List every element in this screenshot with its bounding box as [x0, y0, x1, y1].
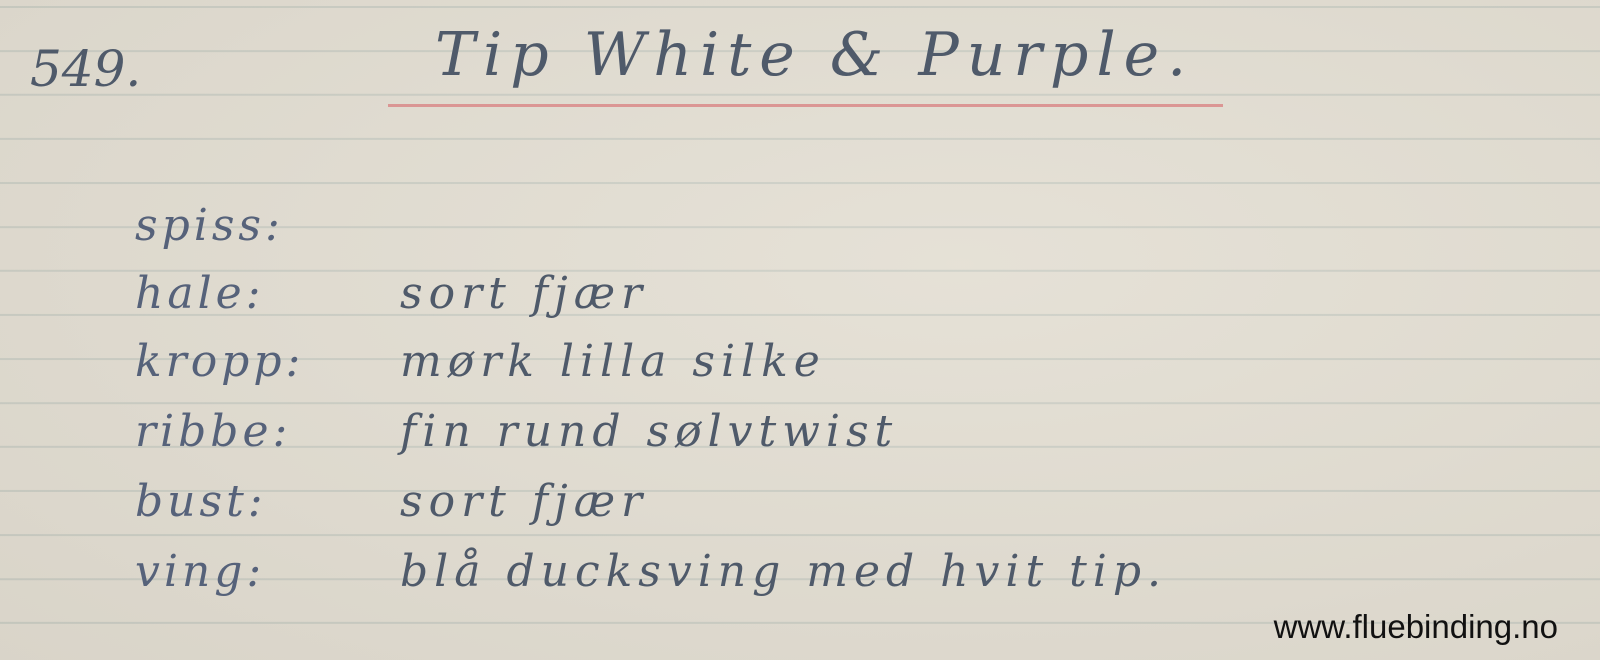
recipe-value: sort fjær	[400, 476, 648, 527]
recipe-row-hale: hale: sort fjær	[135, 268, 1535, 328]
recipe-row-ving: ving: blå ducksving med hvit tip.	[135, 546, 1535, 606]
title-underline	[388, 104, 1223, 107]
recipe-row-spiss: spiss:	[135, 200, 1535, 260]
recipe-label: ving:	[135, 546, 265, 597]
recipe-label: spiss:	[135, 200, 284, 251]
recipe-label: hale:	[135, 268, 265, 319]
notebook-page: 549. Tip White & Purple. spiss: hale: so…	[0, 0, 1600, 660]
entry-number: 549.	[30, 40, 141, 98]
recipe-row-kropp: kropp: mørk lilla silke	[135, 336, 1535, 396]
recipe-row-ribbe: ribbe: fin rund sølvtwist	[135, 406, 1535, 466]
recipe-value: sort fjær	[400, 268, 648, 319]
recipe-value: mørk lilla silke	[400, 336, 826, 387]
recipe-label: bust:	[135, 476, 267, 527]
recipe-label: ribbe:	[135, 406, 291, 457]
entry-title: Tip White & Purple.	[435, 20, 1194, 90]
recipe-label: kropp:	[135, 336, 304, 387]
watermark: www.fluebinding.no	[1274, 608, 1558, 646]
recipe-row-bust: bust: sort fjær	[135, 476, 1535, 536]
recipe-value: blå ducksving med hvit tip.	[400, 546, 1167, 597]
recipe-value: fin rund sølvtwist	[400, 406, 898, 457]
